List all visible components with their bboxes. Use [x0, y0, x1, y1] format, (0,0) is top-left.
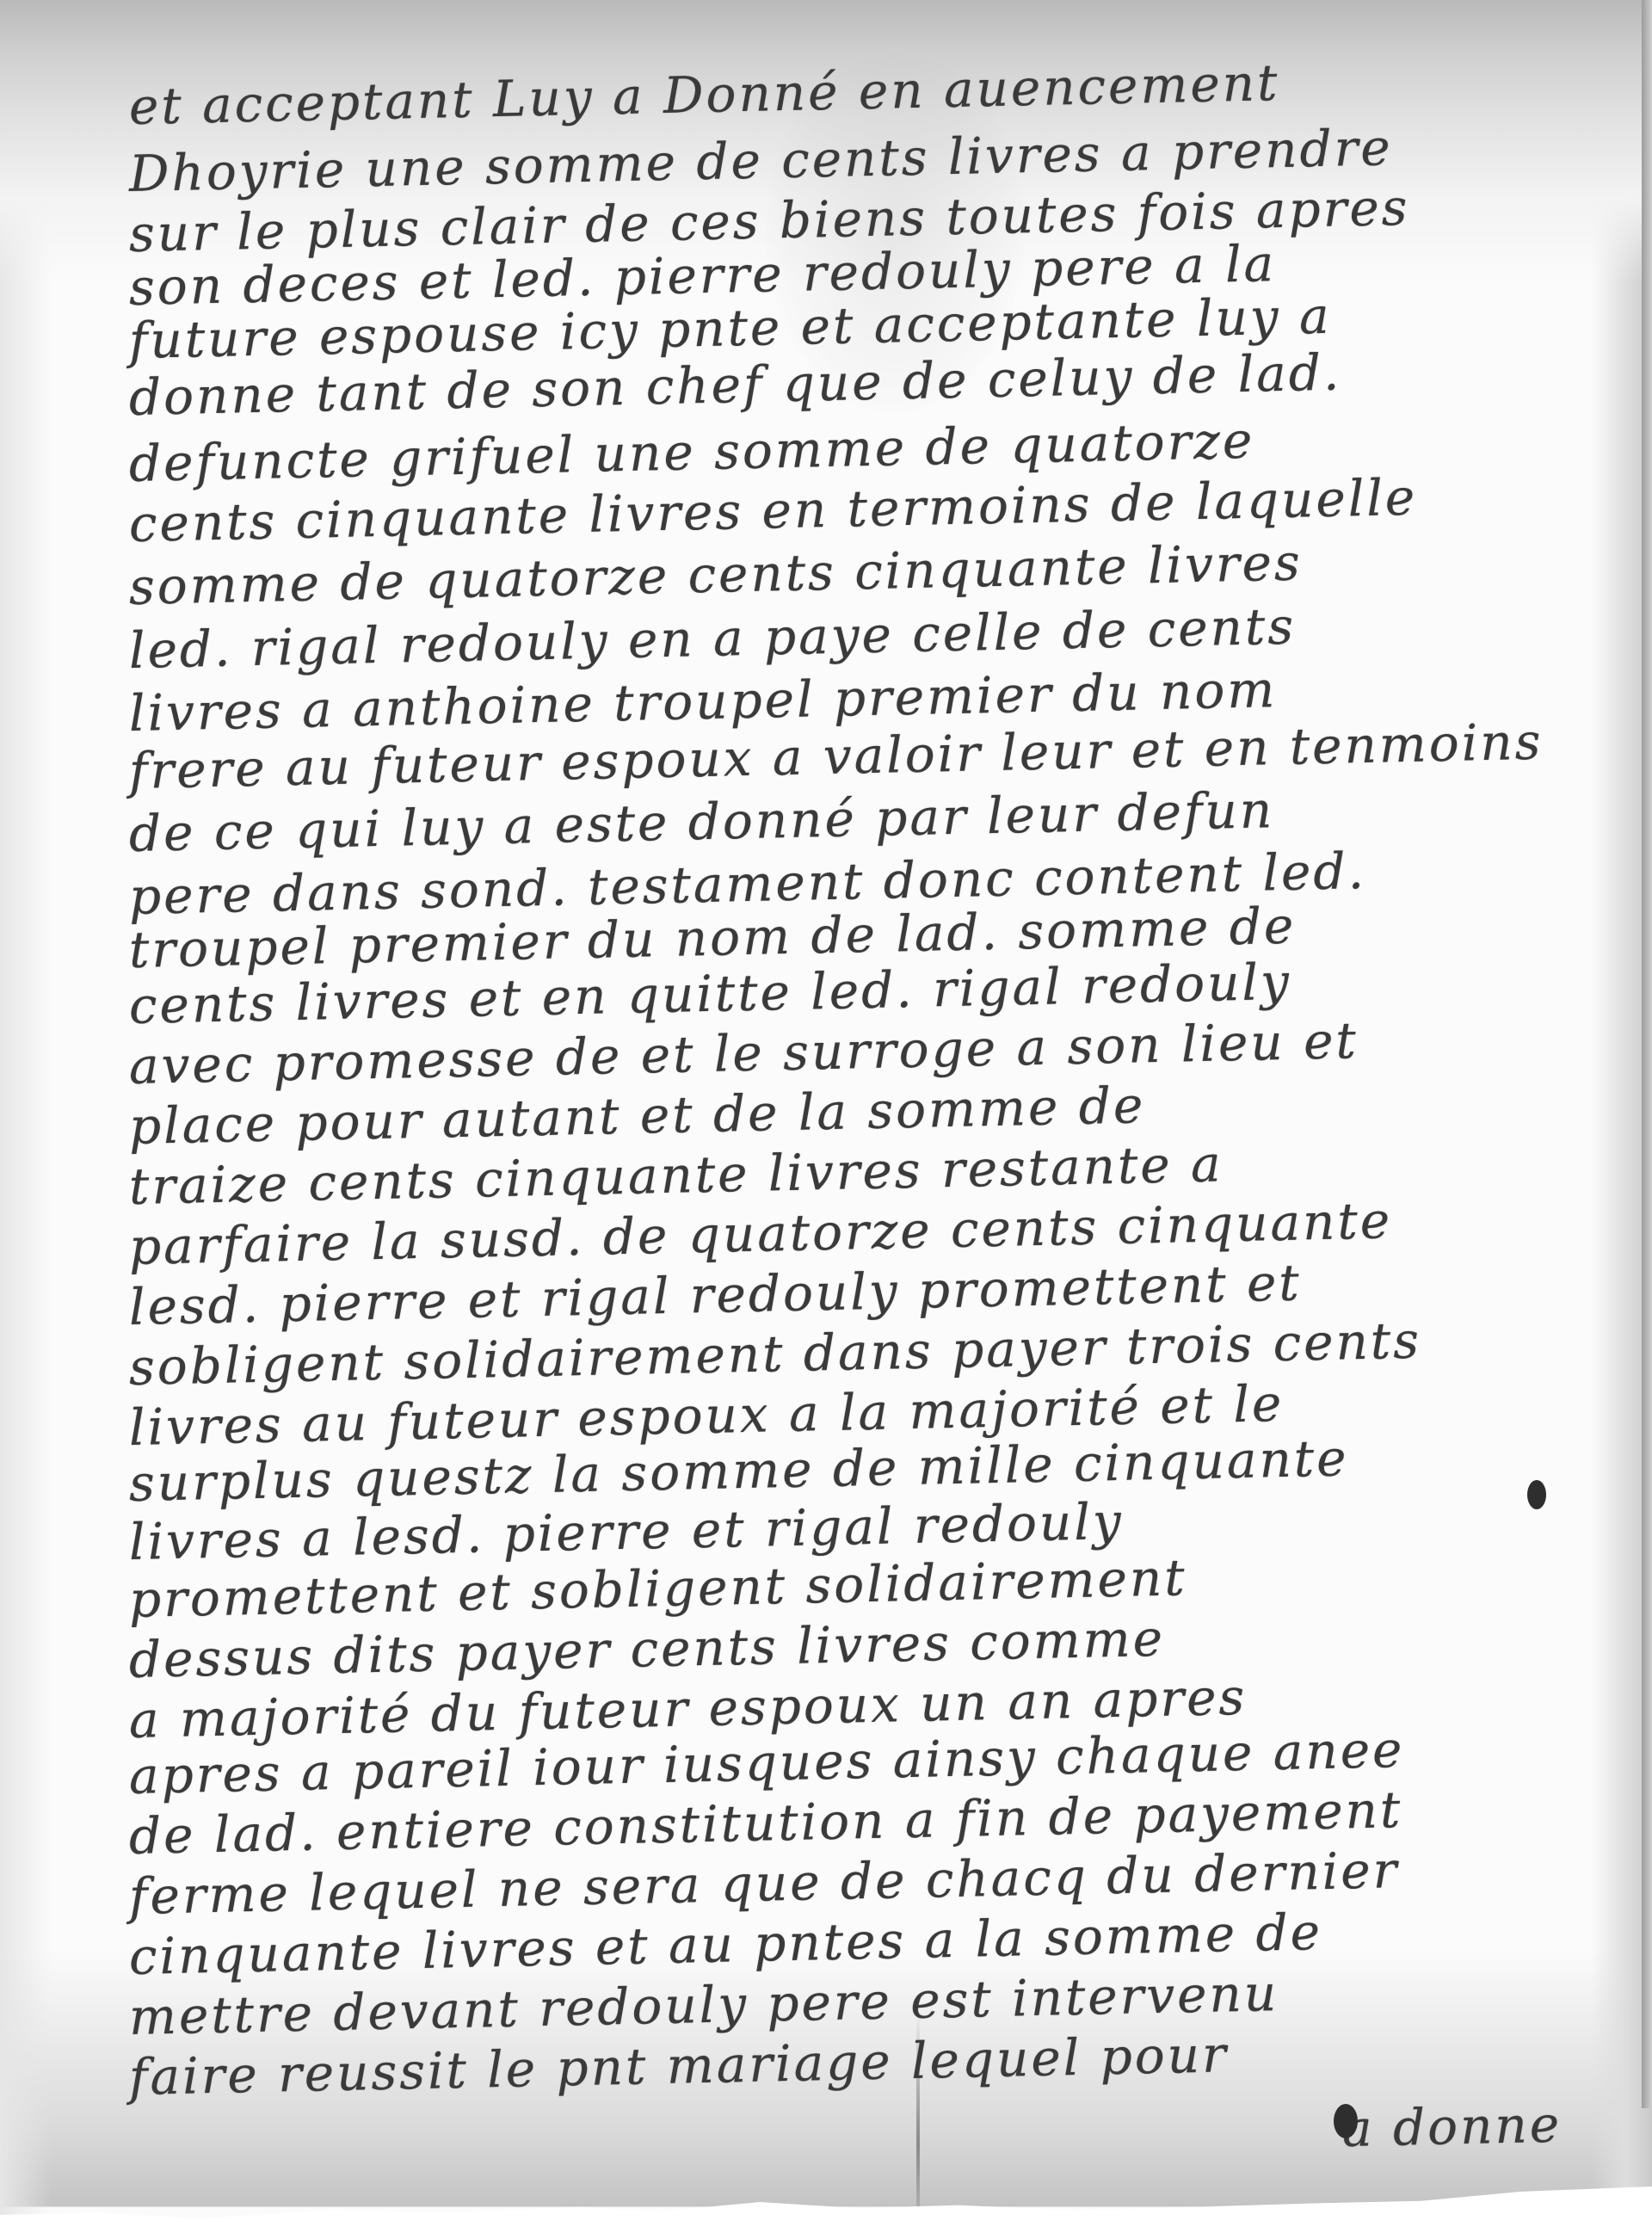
torn-bottom-edge — [0, 2181, 1652, 2233]
right-edge-fold — [1642, 0, 1652, 2108]
manuscript-page: et acceptant Luy a Donné en auencement D… — [0, 0, 1652, 2233]
ink-blot — [1334, 2104, 1358, 2138]
handwritten-line: a donne — [1341, 2095, 1562, 2158]
ink-blot — [1527, 1480, 1546, 1509]
